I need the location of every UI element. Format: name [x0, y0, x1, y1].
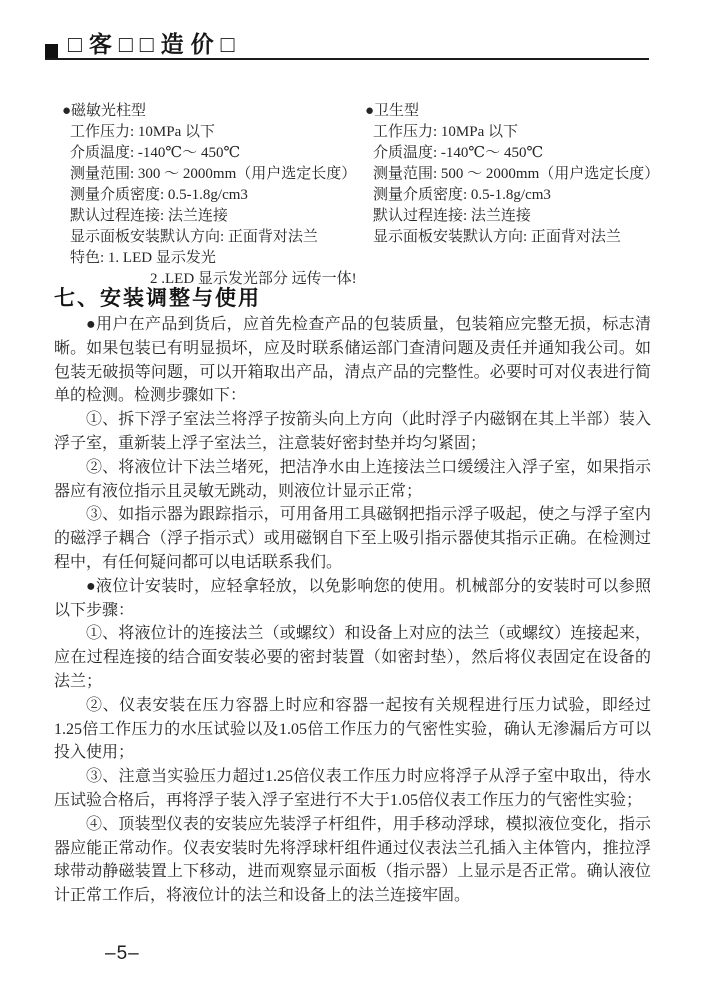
body-paragraph: ③、如指示器为跟踪指示，可用备用工具磁钢把指示浮子吸起，使之与浮子室内的磁浮子耦…	[54, 503, 651, 574]
spec-column-title: ●磁敏光柱型	[62, 101, 365, 122]
header-title: □客□□造价□	[58, 33, 242, 58]
spec-column-magnetic-light-column-type: ●磁敏光柱型 工作压力: 10MPa 以下 介质温度: -140℃～ 450℃ …	[62, 101, 365, 290]
spec-line-panel-direction: 显示面板安装默认方向: 正面背对法兰	[62, 227, 365, 248]
spec-line-medium-density: 测量介质密度: 0.5-1.8g/cm3	[365, 185, 698, 206]
body-paragraph: ④、顶装型仪表的安装应先装浮子杆组件，用手移动浮球，模拟液位变化，指示器应能正常…	[54, 813, 651, 908]
body-paragraph: ●液位计安装时，应轻拿轻放，以免影响您的使用。机械部分的安装时可以参照以下步骤：	[54, 575, 651, 623]
page-header: □客□□造价□	[45, 29, 649, 60]
body-paragraph: ①、拆下浮子室法兰将浮子按箭头向上方向（此时浮子内磁钢在其上半部）装入浮子室，重…	[54, 408, 651, 456]
body-paragraph: ②、将液位计下法兰堵死，把洁净水由上连接法兰口缓缓注入浮子室，如果指示器应有液位…	[54, 456, 651, 504]
spec-line-measuring-range: 测量范围: 500 ～ 2000mm（用户选定长度）	[365, 164, 698, 185]
page-number: –5–	[105, 943, 140, 965]
header-black-square-icon	[45, 44, 58, 58]
spec-line-working-pressure: 工作压力: 10MPa 以下	[62, 122, 365, 143]
spec-line-process-connection: 默认过程连接: 法兰连接	[62, 206, 365, 227]
spec-line-medium-temperature: 介质温度: -140℃～ 450℃	[365, 143, 698, 164]
body-paragraph: ①、将液位计的连接法兰（或螺纹）和设备上对应的法兰（或螺纹）连接起来，应在过程连…	[54, 622, 651, 693]
body-text: ●用户在产品到货后，应首先检查产品的包装质量，包装箱应完整无损，标志清晰。如果包…	[54, 313, 651, 908]
spec-line-medium-density: 测量介质密度: 0.5-1.8g/cm3	[62, 185, 365, 206]
spec-line-medium-temperature: 介质温度: -140℃～ 450℃	[62, 143, 365, 164]
spec-column-title: ●卫生型	[365, 101, 698, 122]
spec-section: ●磁敏光柱型 工作压力: 10MPa 以下 介质温度: -140℃～ 450℃ …	[62, 101, 698, 290]
spec-line-working-pressure: 工作压力: 10MPa 以下	[365, 122, 698, 143]
document-page: □客□□造价□ ●磁敏光柱型 工作压力: 10MPa 以下 介质温度: -140…	[0, 0, 704, 1000]
body-paragraph: ②、仪表安装在压力容器上时应和容器一起按有关规程进行压力试验，即经过1.25倍工…	[54, 694, 651, 765]
spec-line-measuring-range: 测量范围: 300 ～ 2000mm（用户选定长度）	[62, 164, 365, 185]
spec-line-feature-1: 特色: 1. LED 显示发光	[62, 248, 365, 269]
spec-line-panel-direction: 显示面板安装默认方向: 正面背对法兰	[365, 227, 698, 248]
spec-column-sanitary-type: ●卫生型 工作压力: 10MPa 以下 介质温度: -140℃～ 450℃ 测量…	[365, 101, 698, 290]
body-paragraph: ③、注意当实验压力超过1.25倍仪表工作压力时应将浮子从浮子室中取出，待水压试验…	[54, 765, 651, 813]
section-heading-installation: 七、安装调整与使用	[54, 282, 261, 312]
body-paragraph: ●用户在产品到货后，应首先检查产品的包装质量，包装箱应完整无损，标志清晰。如果包…	[54, 313, 651, 408]
spec-line-process-connection: 默认过程连接: 法兰连接	[365, 206, 698, 227]
